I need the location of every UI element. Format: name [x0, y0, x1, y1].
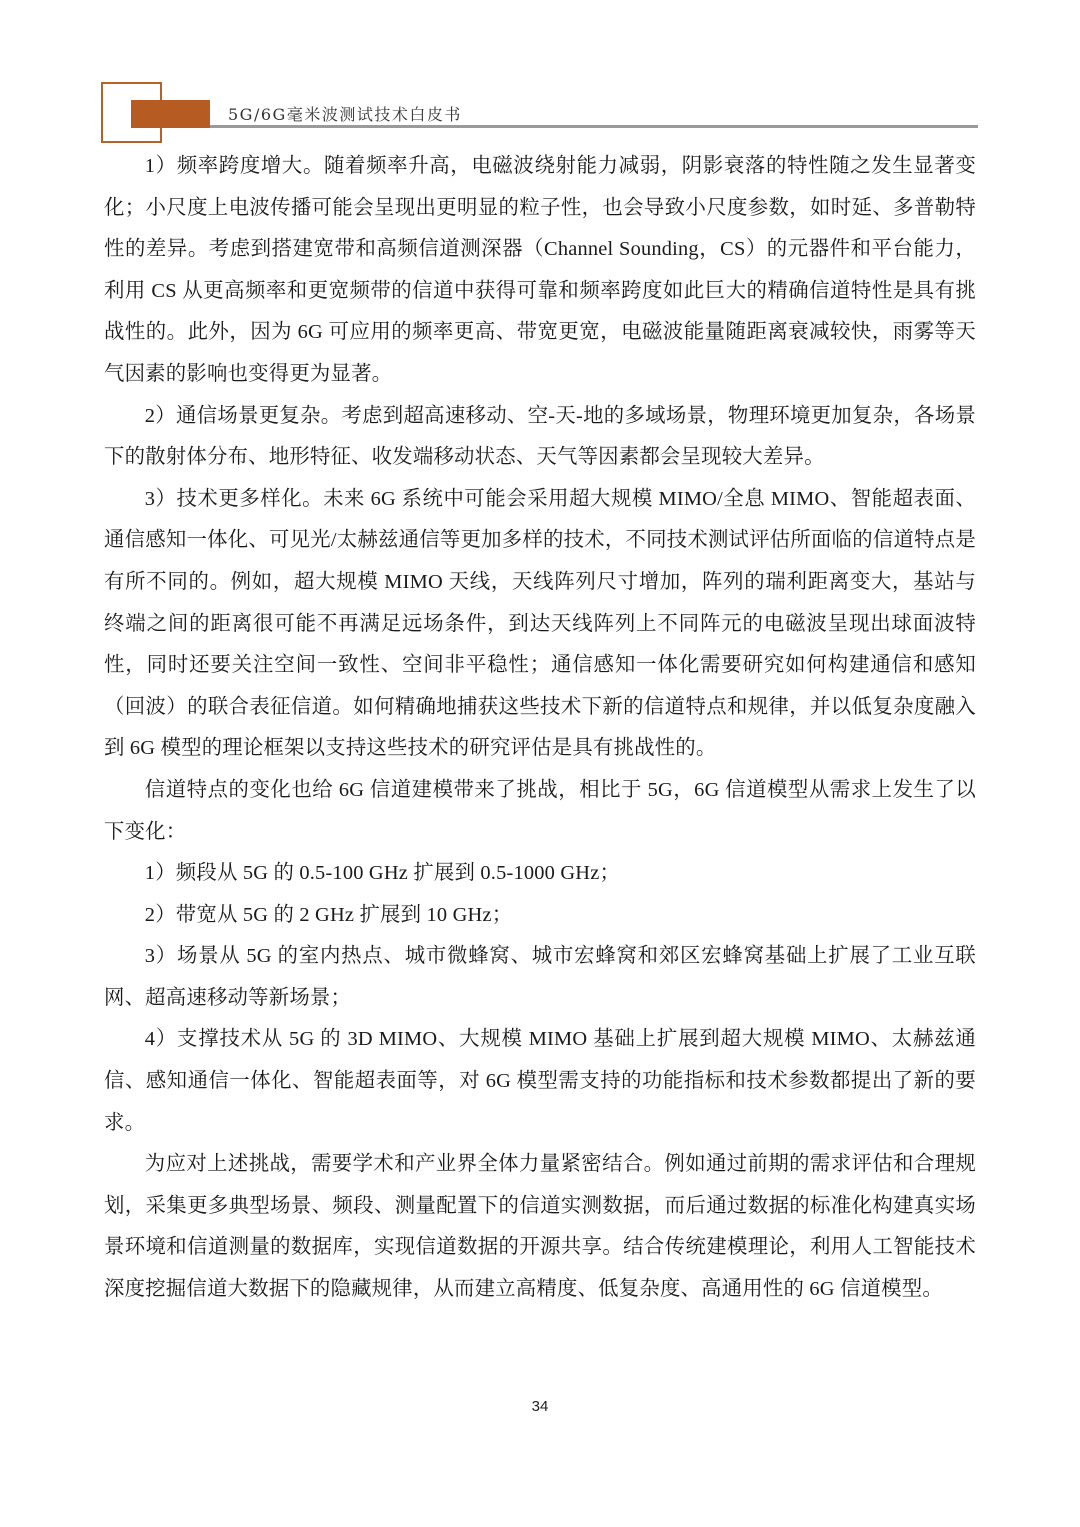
- paragraph-frequency-span: 1）频率跨度增大。随着频率升高，电磁波绕射能力减弱，阴影衰落的特性随之发生显著变…: [104, 146, 976, 396]
- list-item-frequency-band: 1）频段从 5G 的 0.5-100 GHz 扩展到 0.5-1000 GHz；: [104, 853, 976, 895]
- body-text: 1）频率跨度增大。随着频率升高，电磁波绕射能力减弱，阴影衰落的特性随之发生显著变…: [104, 146, 976, 1311]
- list-item-supporting-tech: 4）支撑技术从 5G 的 3D MIMO、大规模 MIMO 基础上扩展到超大规模…: [104, 1019, 976, 1144]
- list-item-scenarios: 3）场景从 5G 的室内热点、城市微蜂窝、城市宏蜂窝和郊区宏蜂窝基础上扩展了工业…: [104, 936, 976, 1019]
- header-title: 5G/6G毫米波测试技术白皮书: [228, 102, 462, 125]
- paragraph-complex-scenarios: 2）通信场景更复杂。考虑到超高速移动、空-天-地的多域场景，物理环境更加复杂，各…: [104, 396, 976, 479]
- header-rule: [210, 125, 978, 128]
- paragraph-response: 为应对上述挑战，需要学术和产业界全体力量紧密结合。例如通过前期的需求评估和合理规…: [104, 1144, 976, 1310]
- page-number: 34: [0, 1398, 1080, 1415]
- list-item-bandwidth: 2）带宽从 5G 的 2 GHz 扩展到 10 GHz；: [104, 895, 976, 937]
- paragraph-modeling-challenges: 信道特点的变化也给 6G 信道建模带来了挑战，相比于 5G，6G 信道模型从需求…: [104, 770, 976, 853]
- paragraph-diverse-technologies: 3）技术更多样化。未来 6G 系统中可能会采用超大规模 MIMO/全息 MIMO…: [104, 479, 976, 770]
- header-logo-block: [131, 100, 210, 128]
